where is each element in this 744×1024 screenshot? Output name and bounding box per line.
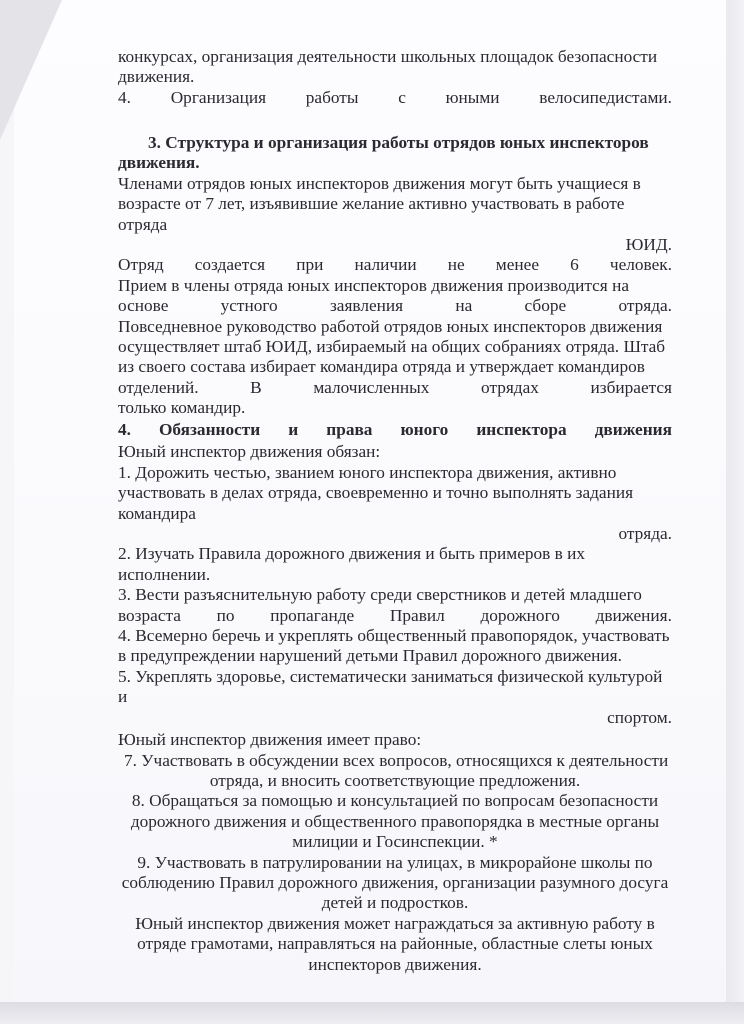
word: Отряд (118, 255, 164, 275)
duty-line: отряда. (118, 524, 672, 544)
duty-line: спортом. (118, 708, 672, 728)
word: менее (496, 255, 539, 275)
word: В (250, 378, 262, 398)
intro-line: движения. (118, 67, 672, 87)
word: дорожного (480, 606, 559, 626)
word: сборе (525, 296, 567, 316)
word: юными (446, 88, 500, 108)
word: не (448, 255, 465, 275)
word: 4. (118, 88, 131, 108)
rights-intro: Юный инспектор движения имеет право: (118, 730, 672, 750)
paragraph-line: Повседневное руководство работой отрядов… (118, 317, 672, 337)
reward-line: отряде грамотами, направляться на районн… (118, 934, 672, 954)
word: отрядах (481, 378, 539, 398)
squad-size-line: Отряд создается при наличии не менее 6 ч… (118, 255, 672, 275)
scan-right-edge (726, 0, 744, 1024)
word: отделений. (118, 378, 199, 398)
scan-bottom-edge (0, 1002, 744, 1024)
word: пропаганде (270, 606, 354, 626)
reward-line: инспекторов движения. (118, 955, 672, 975)
word: по (217, 606, 235, 626)
section-3-heading: 3. Структура и организация работы отрядо… (118, 133, 672, 153)
paragraph-line: отряда (118, 215, 672, 235)
word: Обязанности (159, 420, 260, 440)
paragraph-line: Членами отрядов юных инспекторов движени… (118, 174, 672, 194)
word: малочисленных (313, 378, 429, 398)
duty-line: 2. Изучать Правила дорожного движения и … (118, 544, 672, 564)
duty-line-justified: возраста по пропаганде Правил дорожного … (118, 606, 672, 626)
item-4-cyclists: 4. Организация работы с юными велосипеди… (118, 88, 672, 108)
duty-line: участвовать в делах отряда, своевременно… (118, 483, 672, 503)
paragraph-line: из своего состава избирает командира отр… (118, 357, 672, 377)
right-line: 8. Обращаться за помощью и консультацией… (118, 791, 672, 811)
section-4-heading: 4. Обязанности и права юного инспектора … (118, 420, 672, 440)
duty-line: 3. Вести разъяснительную работу среди св… (118, 585, 672, 605)
word: права (326, 420, 372, 440)
word: 4. (118, 420, 131, 440)
paragraph-line-justified: основе устного заявления на сборе отряда… (118, 296, 672, 316)
paragraph-line: ЮИД. (118, 235, 672, 255)
paragraph-line: только командир. (118, 398, 672, 418)
word: велосипедистами. (539, 88, 672, 108)
duty-line: 1. Дорожить честью, званием юного инспек… (118, 463, 672, 483)
paragraph-line: возрасте от 7 лет, изъявившие желание ак… (118, 194, 672, 214)
reward-line: Юный инспектор движения может награждать… (118, 914, 672, 934)
paragraph-line-justified: отделений. В малочисленных отрядах избир… (118, 378, 672, 398)
word: возраста (118, 606, 181, 626)
word: устного (221, 296, 278, 316)
word: юного (400, 420, 448, 440)
word: Правил (390, 606, 445, 626)
word: работы (306, 88, 359, 108)
word: отряда. (618, 296, 672, 316)
right-line: милиции и Госинспекции. * (118, 832, 672, 852)
word: Организация (171, 88, 266, 108)
section-3: 3. Структура и организация работы отрядо… (118, 133, 672, 419)
duty-line: 4. Всемерно беречь и укреплять обществен… (118, 626, 672, 646)
section-3-heading-cont: движения. (118, 153, 672, 173)
duty-line: 5. Укреплять здоровье, систематически за… (118, 667, 672, 687)
right-line: 9. Участвовать в патрулировании на улица… (118, 853, 672, 873)
duties-intro: Юный инспектор движения обязан: (118, 442, 672, 462)
word: движения (595, 420, 672, 440)
word: инспектора (476, 420, 566, 440)
word: создается (195, 255, 265, 275)
word: основе (118, 296, 168, 316)
word: и (288, 420, 298, 440)
right-line: детей и подростков. (118, 893, 672, 913)
right-line: дорожного движения и общественного право… (118, 812, 672, 832)
word: движения. (596, 606, 672, 626)
right-line: 7. Участвовать в обсуждении всех вопросо… (118, 751, 672, 771)
right-line: соблюдению Правил дорожного движения, ор… (118, 873, 672, 893)
section-4: 4. Обязанности и права юного инспектора … (118, 420, 672, 975)
right-line: отряда, и вносить соответствующие предло… (118, 771, 672, 791)
duty-line: в предупреждении нарушений детьми Правил… (118, 646, 672, 666)
paragraph-line: Прием в члены отряда юных инспекторов дв… (118, 276, 672, 296)
word: избирается (591, 378, 672, 398)
word: наличии (354, 255, 416, 275)
intro-line: конкурсах, организация деятельности школ… (118, 47, 672, 67)
duty-line: исполнении. (118, 565, 672, 585)
word: человек. (610, 255, 672, 275)
word: при (296, 255, 323, 275)
word: заявления (330, 296, 403, 316)
word: 6 (570, 255, 579, 275)
paragraph-line: осуществляет штаб ЮИД, избираемый на общ… (118, 337, 672, 357)
word: с (398, 88, 406, 108)
folded-corner (0, 0, 62, 140)
intro-block: конкурсах, организация деятельности школ… (118, 47, 672, 108)
duty-line: и (118, 687, 672, 707)
duty-line: командира (118, 504, 672, 524)
word: на (455, 296, 472, 316)
